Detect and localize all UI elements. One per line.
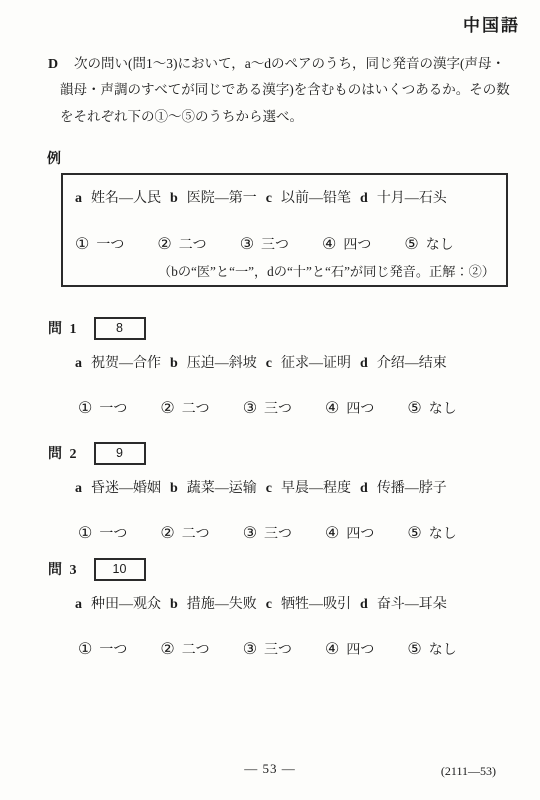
pair-key: a	[75, 597, 82, 612]
pair-text: 早晨—程度	[281, 481, 351, 496]
pair-text: 姓名—人民	[91, 191, 161, 206]
answer-number-box: 10	[94, 558, 146, 581]
circled-number: ③	[243, 525, 257, 542]
circled-number: ④	[325, 400, 339, 417]
circled-number: ②	[160, 641, 174, 658]
circled-number: ④	[322, 236, 336, 253]
option-item: ①一つ	[78, 398, 127, 418]
question-3-pairs-row: a种田—观众 b措施—失败 c牺牲—吸引 d奋斗—耳朵	[48, 593, 510, 613]
question-1-header: 問 1 8	[48, 316, 510, 340]
pair-key: c	[266, 191, 272, 206]
pair-item: c牺牲—吸引	[266, 593, 351, 613]
example-box: a姓名—人民 b医院—第一 c以前—铅笔 d十月—石头 ①一つ ②二つ ③三つ …	[61, 173, 508, 287]
pair-item: b措施—失败	[170, 593, 257, 613]
option-label: 一つ	[99, 402, 127, 417]
circled-number: ④	[325, 641, 339, 658]
option-item: ⑤なし	[407, 639, 456, 659]
pair-key: b	[170, 191, 178, 206]
option-item: ②二つ	[160, 523, 209, 543]
pair-text: 祝贺—合作	[91, 356, 161, 371]
circled-number: ②	[160, 400, 174, 417]
option-label: 三つ	[264, 643, 292, 658]
footer-code: (2111—53)	[441, 764, 496, 779]
pair-item: b医院—第一	[170, 187, 257, 207]
option-label: なし	[429, 527, 457, 542]
pair-text: 以前—铅笔	[281, 191, 351, 206]
pair-text: 介绍—结束	[377, 356, 447, 371]
pair-text: 奋斗—耳朵	[377, 597, 447, 612]
pair-text: 征求—证明	[281, 356, 351, 371]
pair-text: 蔬菜—运输	[187, 481, 257, 496]
pair-item: a昏迷—婚姻	[75, 477, 161, 497]
example-answer-note: （bの“医”と“一”，dの“十”と“石”が同じ発音。正解：②）	[75, 261, 495, 280]
pair-text: 牺牲—吸引	[281, 597, 351, 612]
question-label: 問 3	[48, 559, 79, 579]
option-label: 四つ	[343, 238, 371, 253]
page-title: 中国語	[463, 11, 520, 36]
pair-item: d传播—脖子	[360, 477, 447, 497]
question-label: 問 1	[48, 318, 79, 338]
circled-number: ②	[157, 236, 171, 253]
example-options-row: ①一つ ②二つ ③三つ ④四つ ⑤なし	[75, 234, 495, 254]
option-label: 二つ	[182, 643, 210, 658]
pair-item: c征求—证明	[266, 352, 351, 372]
pair-key: c	[266, 481, 272, 496]
pair-key: d	[360, 191, 368, 206]
instruction-text: 次の問い(問1～3)において，a～dのペアのうち，同じ発音の漢字(声母・韻母・声…	[60, 51, 510, 130]
option-item: ④四つ	[325, 523, 374, 543]
circled-number: ③	[240, 236, 254, 253]
question-2-pairs-row: a昏迷—婚姻 b蔬菜—运输 c早晨—程度 d传播—脖子	[48, 477, 510, 497]
option-item: ③三つ	[240, 234, 289, 254]
circled-number: ⑤	[407, 400, 421, 417]
pair-key: c	[266, 597, 272, 612]
pair-text: 十月—石头	[377, 191, 447, 206]
pair-text: 昏迷—婚姻	[91, 481, 161, 496]
pair-item: c早晨—程度	[266, 477, 351, 497]
pair-key: a	[75, 481, 82, 496]
circled-number: ⑤	[404, 236, 418, 253]
answer-number-box: 8	[94, 317, 146, 340]
pair-key: b	[170, 356, 178, 371]
option-label: 二つ	[182, 402, 210, 417]
pair-text: 措施—失败	[187, 597, 257, 612]
pair-text: 种田—观众	[91, 597, 161, 612]
example-pairs-row: a姓名—人民 b医院—第一 c以前—铅笔 d十月—石头	[75, 187, 495, 207]
option-item: ③三つ	[243, 639, 292, 659]
pair-item: c以前—铅笔	[266, 187, 351, 207]
circled-number: ①	[75, 236, 89, 253]
pair-key: c	[266, 356, 272, 371]
option-label: 二つ	[179, 238, 207, 253]
option-item: ①一つ	[78, 639, 127, 659]
option-item: ④四つ	[322, 234, 371, 254]
circled-number: ①	[78, 525, 92, 542]
question-2-header: 問 2 9	[48, 441, 510, 465]
question-1-pairs-row: a祝贺—合作 b压迫—斜坡 c征求—证明 d介绍—结束	[48, 352, 510, 372]
question-3-header: 問 3 10	[48, 557, 510, 581]
option-item: ②二つ	[157, 234, 206, 254]
option-label: 三つ	[264, 402, 292, 417]
pair-item: a祝贺—合作	[75, 352, 161, 372]
pair-item: b压迫—斜坡	[170, 352, 257, 372]
question-label: 問 2	[48, 443, 79, 463]
option-label: 三つ	[264, 527, 292, 542]
question-2-options-row: ①一つ ②二つ ③三つ ④四つ ⑤なし	[48, 523, 510, 543]
option-label: 一つ	[99, 527, 127, 542]
option-item: ④四つ	[325, 398, 374, 418]
circled-number: ③	[243, 641, 257, 658]
option-label: なし	[429, 643, 457, 658]
option-item: ③三つ	[243, 398, 292, 418]
question-3-block: 問 3 10 a种田—观众 b措施—失败 c牺牲—吸引 d奋斗—耳朵 ①一つ ②…	[48, 557, 510, 659]
pair-key: b	[170, 597, 178, 612]
option-label: 四つ	[346, 402, 374, 417]
pair-key: b	[170, 481, 178, 496]
pair-key: a	[75, 356, 82, 371]
question-1-block: 問 1 8 a祝贺—合作 b压迫—斜坡 c征求—证明 d介绍—结束 ①一つ ②二…	[48, 316, 510, 418]
circled-number: ①	[78, 400, 92, 417]
pair-item: a种田—观众	[75, 593, 161, 613]
option-label: なし	[429, 402, 457, 417]
answer-number-box: 9	[94, 442, 146, 465]
option-item: ②二つ	[160, 639, 209, 659]
pair-text: 传播—脖子	[377, 481, 447, 496]
question-2-block: 問 2 9 a昏迷—婚姻 b蔬菜—运输 c早晨—程度 d传播—脖子 ①一つ ②二…	[48, 441, 510, 543]
option-item: ①一つ	[75, 234, 124, 254]
circled-number: ④	[325, 525, 339, 542]
pair-key: d	[360, 356, 368, 371]
pair-item: d介绍—结束	[360, 352, 447, 372]
option-label: 一つ	[96, 238, 124, 253]
option-label: 三つ	[261, 238, 289, 253]
option-label: 四つ	[346, 643, 374, 658]
option-item: ⑤なし	[407, 523, 456, 543]
circled-number: ②	[160, 525, 174, 542]
pair-key: d	[360, 597, 368, 612]
option-item: ③三つ	[243, 523, 292, 543]
question-3-options-row: ①一つ ②二つ ③三つ ④四つ ⑤なし	[48, 639, 510, 659]
circled-number: ③	[243, 400, 257, 417]
exam-page: 中国語 D 次の問い(問1～3)において，a～dのペアのうち，同じ発音の漢字(声…	[0, 0, 540, 800]
section-label: D	[48, 51, 58, 78]
pair-text: 医院—第一	[187, 191, 257, 206]
option-item: ②二つ	[160, 398, 209, 418]
option-item: ⑤なし	[404, 234, 453, 254]
option-label: 二つ	[182, 527, 210, 542]
question-1-options-row: ①一つ ②二つ ③三つ ④四つ ⑤なし	[48, 398, 510, 418]
pair-text: 压迫—斜坡	[187, 356, 257, 371]
pair-key: d	[360, 481, 368, 496]
option-label: なし	[426, 238, 454, 253]
pair-item: a姓名—人民	[75, 187, 161, 207]
option-label: 四つ	[346, 527, 374, 542]
circled-number: ①	[78, 641, 92, 658]
circled-number: ⑤	[407, 641, 421, 658]
section-d-instruction: D 次の問い(問1～3)において，a～dのペアのうち，同じ発音の漢字(声母・韻母…	[48, 51, 510, 130]
pair-item: b蔬菜—运输	[170, 477, 257, 497]
option-label: 一つ	[99, 643, 127, 658]
pair-key: a	[75, 191, 82, 206]
pair-item: d十月—石头	[360, 187, 447, 207]
circled-number: ⑤	[407, 525, 421, 542]
option-item: ①一つ	[78, 523, 127, 543]
example-label: 例	[47, 148, 61, 168]
option-item: ⑤なし	[407, 398, 456, 418]
pair-item: d奋斗—耳朵	[360, 593, 447, 613]
option-item: ④四つ	[325, 639, 374, 659]
